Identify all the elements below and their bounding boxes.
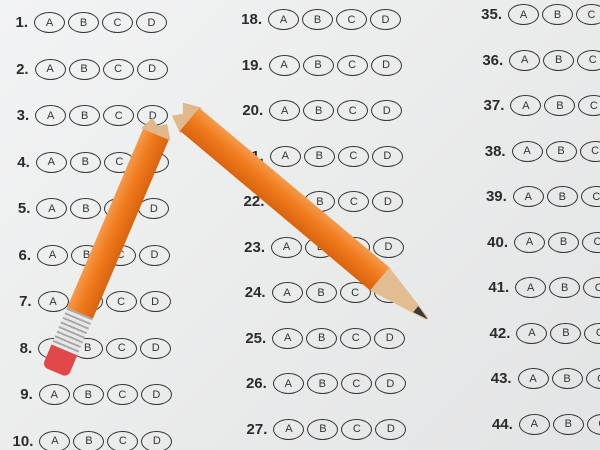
answer-bubble-d[interactable]: D — [372, 191, 403, 212]
answer-bubble-b[interactable]: B — [73, 431, 104, 450]
answer-bubble-a[interactable]: A — [36, 198, 67, 219]
question-number: 10. — [11, 433, 33, 450]
answer-bubble-c[interactable]: C — [587, 414, 600, 435]
answer-bubble-b[interactable]: B — [306, 282, 337, 303]
answer-bubble-d[interactable]: D — [375, 419, 406, 440]
answer-bubble-b[interactable]: B — [307, 373, 338, 394]
question-row: 43.ABCD — [490, 368, 600, 389]
answer-bubble-d[interactable]: D — [141, 431, 172, 450]
answer-bubble-d[interactable]: D — [141, 384, 172, 405]
question-row: 39.ABCD — [485, 186, 600, 207]
answer-bubble-a[interactable]: A — [269, 100, 300, 121]
answer-bubble-d[interactable]: D — [139, 245, 170, 266]
answer-bubble-c[interactable]: C — [577, 50, 600, 71]
question-number: 19. — [241, 57, 263, 74]
question-row: 2.ABCD — [7, 59, 171, 80]
question-number: 38. — [484, 143, 506, 160]
answer-bubble-c[interactable]: C — [103, 59, 134, 80]
answer-bubble-d[interactable]: D — [136, 12, 167, 33]
question-row: 42.ABCD — [488, 323, 600, 344]
answer-bubble-b[interactable]: B — [303, 100, 334, 121]
answer-bubble-a[interactable]: A — [36, 152, 67, 173]
answer-bubble-a[interactable]: A — [38, 291, 69, 312]
answer-bubble-c[interactable]: C — [584, 323, 600, 344]
question-number: 2. — [7, 61, 29, 78]
answer-bubble-b[interactable]: B — [543, 50, 574, 71]
answer-bubble-c[interactable]: C — [107, 384, 138, 405]
answer-bubble-a[interactable]: A — [35, 105, 66, 126]
answer-bubble-a[interactable]: A — [518, 368, 549, 389]
answer-bubble-a[interactable]: A — [512, 141, 543, 162]
answer-bubble-a[interactable]: A — [513, 186, 544, 207]
question-number: 5. — [8, 200, 30, 217]
answer-bubble-a[interactable]: A — [270, 146, 301, 167]
answer-bubble-c[interactable]: C — [586, 368, 600, 389]
answer-bubble-a[interactable]: A — [510, 95, 541, 116]
answer-bubble-b[interactable]: B — [544, 95, 575, 116]
answer-bubble-d[interactable]: D — [373, 237, 404, 258]
question-number: 37. — [482, 97, 504, 114]
answer-bubble-d[interactable]: D — [371, 100, 402, 121]
answer-bubble-d[interactable]: D — [140, 338, 171, 359]
question-number: 36. — [481, 52, 503, 69]
answer-bubble-a[interactable]: A — [37, 245, 68, 266]
answer-bubble-c[interactable]: C — [578, 95, 600, 116]
answer-bubble-b[interactable]: B — [69, 59, 100, 80]
question-row: 5.ABCD — [8, 198, 172, 219]
question-row: 26.ABCD — [245, 373, 409, 394]
answer-bubble-c[interactable]: C — [103, 105, 134, 126]
question-row: 10.ABCD — [11, 431, 175, 450]
answer-bubble-b[interactable]: B — [69, 105, 100, 126]
answer-bubble-d[interactable]: D — [138, 198, 169, 219]
question-row: 8.ABCD — [10, 338, 174, 359]
question-number: 3. — [7, 107, 29, 124]
question-number: 43. — [490, 370, 512, 387]
question-number: 7. — [10, 293, 32, 310]
answer-bubble-b[interactable]: B — [70, 152, 101, 173]
question-row: 20.ABCD — [241, 100, 405, 121]
question-number: 23. — [243, 239, 265, 256]
answer-bubble-b[interactable]: B — [306, 328, 337, 349]
question-row: 9.ABCD — [11, 384, 175, 405]
answer-bubble-a[interactable]: A — [35, 59, 66, 80]
question-row: 35.ABCD — [480, 4, 600, 25]
answer-bubble-a[interactable]: A — [271, 237, 302, 258]
question-row: 40.ABCD — [486, 232, 600, 253]
question-row: 44.ABCD — [491, 414, 600, 435]
answer-bubble-a[interactable]: A — [273, 419, 304, 440]
answer-bubble-c[interactable]: C — [337, 55, 368, 76]
answer-bubble-d[interactable]: D — [370, 9, 401, 30]
answer-bubble-c[interactable]: C — [341, 419, 372, 440]
answer-bubble-b[interactable]: B — [548, 232, 579, 253]
answer-bubble-b[interactable]: B — [549, 277, 580, 298]
question-number: 25. — [244, 330, 266, 347]
question-number: 27. — [245, 421, 267, 438]
question-number: 44. — [491, 416, 513, 433]
answer-bubble-a[interactable]: A — [268, 9, 299, 30]
question-row: 41.ABCD — [487, 277, 600, 298]
answer-bubble-c[interactable]: C — [336, 9, 367, 30]
answer-bubble-c[interactable]: C — [337, 100, 368, 121]
answer-bubble-b[interactable]: B — [542, 4, 573, 25]
answer-bubble-a[interactable]: A — [34, 12, 65, 33]
answer-bubble-c[interactable]: C — [107, 431, 138, 450]
question-number: 4. — [8, 154, 30, 171]
question-row: 18.ABCD — [240, 9, 404, 30]
answer-bubble-b[interactable]: B — [553, 414, 584, 435]
answer-bubble-d[interactable]: D — [374, 328, 405, 349]
answer-bubble-a[interactable]: A — [269, 55, 300, 76]
question-number: 9. — [11, 386, 33, 403]
answer-bubble-c[interactable]: C — [582, 232, 600, 253]
answer-bubble-a[interactable]: A — [272, 282, 303, 303]
answer-bubble-b[interactable]: B — [302, 9, 333, 30]
answer-bubble-b[interactable]: B — [550, 323, 581, 344]
answer-bubble-b[interactable]: B — [307, 419, 338, 440]
question-number: 26. — [245, 375, 267, 392]
answer-bubble-b[interactable]: B — [547, 186, 578, 207]
answer-bubble-a[interactable]: A — [39, 384, 70, 405]
question-row: 1.ABCD — [6, 12, 170, 33]
answer-bubble-c[interactable]: C — [580, 141, 600, 162]
answer-bubble-b[interactable]: B — [546, 141, 577, 162]
question-row: 36.ABCD — [481, 50, 600, 71]
answer-bubble-a[interactable]: A — [39, 431, 70, 450]
question-number: 40. — [486, 234, 508, 251]
answer-bubble-c[interactable]: C — [106, 291, 137, 312]
answer-bubble-c[interactable]: C — [341, 373, 372, 394]
answer-bubble-a[interactable]: A — [516, 323, 547, 344]
question-number: 41. — [487, 279, 509, 296]
answer-bubble-c[interactable]: C — [338, 191, 369, 212]
answer-bubble-d[interactable]: D — [137, 59, 168, 80]
answer-bubble-b[interactable]: B — [303, 55, 334, 76]
question-number: 1. — [6, 14, 28, 31]
answer-bubble-c[interactable]: C — [102, 12, 133, 33]
question-number: 20. — [241, 102, 263, 119]
answer-bubble-b[interactable]: B — [68, 12, 99, 33]
answer-bubble-a[interactable]: A — [519, 414, 550, 435]
question-number: 18. — [240, 11, 262, 28]
answer-bubble-c[interactable]: C — [581, 186, 600, 207]
question-row: 38.ABCD — [484, 141, 600, 162]
answer-bubble-a[interactable]: A — [508, 4, 539, 25]
question-number: 24. — [244, 284, 266, 301]
answer-bubble-b[interactable]: B — [70, 198, 101, 219]
answer-bubble-c[interactable]: C — [106, 338, 137, 359]
answer-bubble-d[interactable]: D — [140, 291, 171, 312]
question-row: 19.ABCD — [241, 55, 405, 76]
answer-bubble-c[interactable]: C — [338, 146, 369, 167]
answer-bubble-a[interactable]: A — [514, 232, 545, 253]
answer-bubble-a[interactable]: A — [509, 50, 540, 71]
answer-bubble-a[interactable]: A — [273, 373, 304, 394]
answer-bubble-a[interactable]: A — [515, 277, 546, 298]
answer-bubble-b[interactable]: B — [73, 384, 104, 405]
answer-bubble-b[interactable]: B — [552, 368, 583, 389]
answer-bubble-d[interactable]: D — [375, 373, 406, 394]
answer-bubble-d[interactable]: D — [371, 55, 402, 76]
question-row: 25.ABCD — [244, 328, 408, 349]
answer-bubble-c[interactable]: C — [576, 4, 600, 25]
question-number: 8. — [10, 340, 32, 357]
answer-bubble-a[interactable]: A — [272, 328, 303, 349]
question-row: 27.ABCD — [245, 419, 409, 440]
question-row: 37.ABCD — [482, 95, 600, 116]
question-number: 35. — [480, 6, 502, 23]
answer-bubble-c[interactable]: C — [340, 328, 371, 349]
question-number: 6. — [9, 247, 31, 264]
answer-bubble-d[interactable]: D — [372, 146, 403, 167]
question-number: 39. — [485, 188, 507, 205]
answer-bubble-b[interactable]: B — [304, 146, 335, 167]
answer-bubble-c[interactable]: C — [583, 277, 600, 298]
question-number: 42. — [488, 325, 510, 342]
